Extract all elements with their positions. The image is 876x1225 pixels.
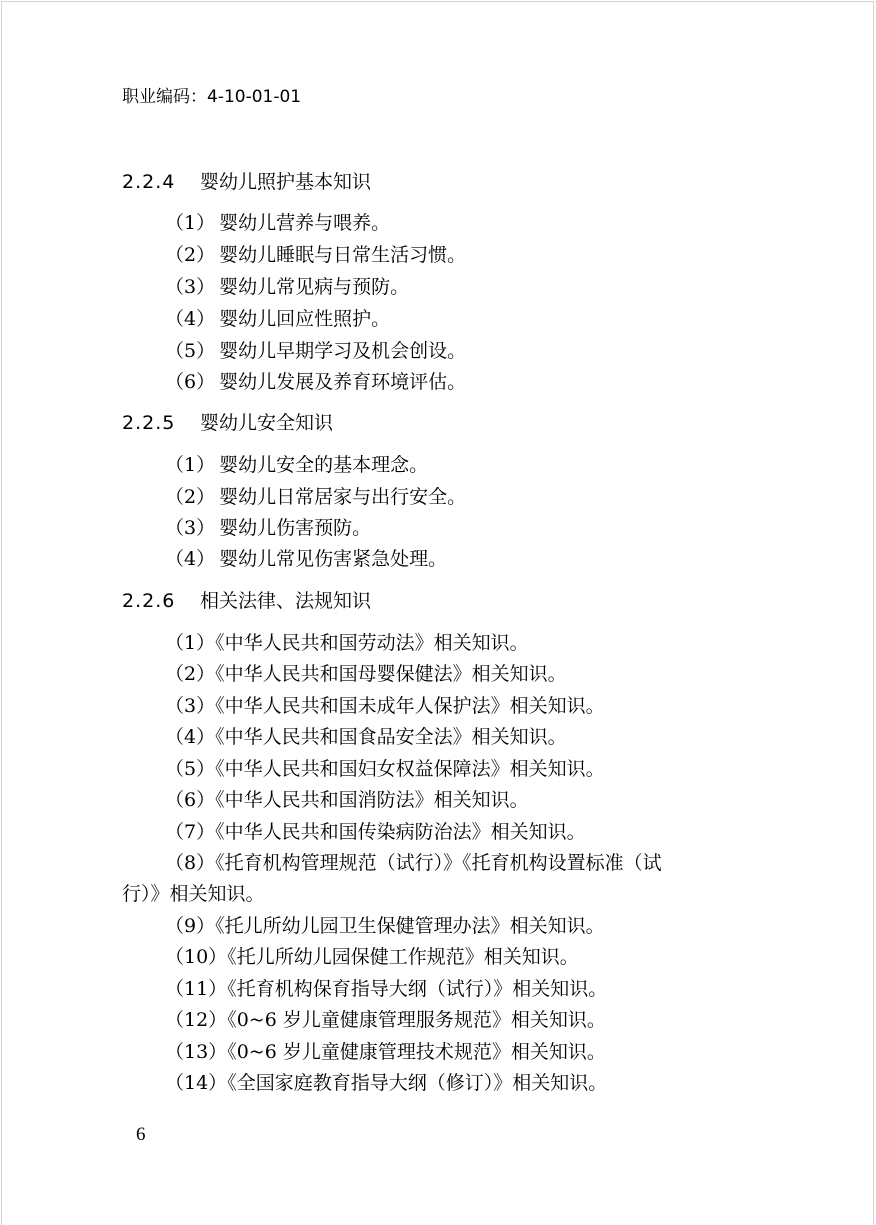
list-item: （1）婴幼儿营养与喂养。 xyxy=(165,211,390,235)
page-number: 6 xyxy=(136,1123,146,1147)
list-item: （1）《中华人民共和国劳动法》相关知识。 xyxy=(165,631,529,655)
list-item: （1）婴幼儿安全的基本理念。 xyxy=(165,453,428,477)
section-title: 相关法律、法规知识 xyxy=(200,590,371,612)
list-item: （2）《中华人民共和国母婴保健法》相关知识。 xyxy=(165,662,567,686)
list-item: （5）婴幼儿早期学习及机会创设。 xyxy=(165,339,466,363)
list-item: （5）《中华人民共和国妇女权益保障法》相关知识。 xyxy=(165,757,605,781)
list-item: （4）婴幼儿回应性照护。 xyxy=(165,307,390,331)
list-item: （9）《托儿所幼儿园卫生保健管理办法》相关知识。 xyxy=(165,914,605,938)
occupation-code-value: 4-10-01-01 xyxy=(207,87,301,107)
list-item: （8）《托育机构管理规范（试行）》《托育机构设置标准（试 xyxy=(165,851,662,875)
section-number: 2.2.4 xyxy=(122,170,200,194)
section-title: 婴幼儿安全知识 xyxy=(200,412,333,434)
list-item: （2）婴幼儿睡眠与日常生活习惯。 xyxy=(165,243,466,267)
list-item: （12）《0~6 岁儿童健康管理服务规范》相关知识。 xyxy=(165,1008,606,1032)
list-item: （6）婴幼儿发展及养育环境评估。 xyxy=(165,370,466,394)
list-item: （6）《中华人民共和国消防法》相关知识。 xyxy=(165,788,529,812)
occupation-code-label: 职业编码： xyxy=(122,87,207,107)
occupation-code: 职业编码：4-10-01-01 xyxy=(122,86,301,108)
list-item: （3）《中华人民共和国未成年人保护法》相关知识。 xyxy=(165,694,605,718)
list-item: （4）婴幼儿常见伤害紧急处理。 xyxy=(165,547,447,571)
list-item: （3）婴幼儿伤害预防。 xyxy=(165,516,371,540)
section-number: 2.2.6 xyxy=(122,589,200,613)
list-item: （10）《托儿所幼儿园保健工作规范》相关知识。 xyxy=(165,945,579,969)
list-item: （11）《托育机构保育指导大纲（试行）》相关知识。 xyxy=(165,977,607,1001)
list-item: （3）婴幼儿常见病与预防。 xyxy=(165,275,409,299)
section-heading-2-2-6: 2.2.6相关法律、法规知识 xyxy=(122,589,371,613)
list-item: （2）婴幼儿日常居家与出行安全。 xyxy=(165,485,466,509)
section-number: 2.2.5 xyxy=(122,411,200,435)
list-item: （13）《0~6 岁儿童健康管理技术规范》相关知识。 xyxy=(165,1040,606,1064)
list-item-continuation: 行）》相关知识。 xyxy=(122,882,265,906)
list-item: （7）《中华人民共和国传染病防治法》相关知识。 xyxy=(165,820,586,844)
section-heading-2-2-4: 2.2.4婴幼儿照护基本知识 xyxy=(122,170,371,194)
document-page: 职业编码：4-10-01-01 2.2.4婴幼儿照护基本知识 （1）婴幼儿营养与… xyxy=(1,1,874,1225)
list-item: （14）《全国家庭教育指导大纲（修订）》相关知识。 xyxy=(165,1071,607,1095)
section-heading-2-2-5: 2.2.5婴幼儿安全知识 xyxy=(122,411,333,435)
list-item: （4）《中华人民共和国食品安全法》相关知识。 xyxy=(165,725,567,749)
section-title: 婴幼儿照护基本知识 xyxy=(200,171,371,193)
